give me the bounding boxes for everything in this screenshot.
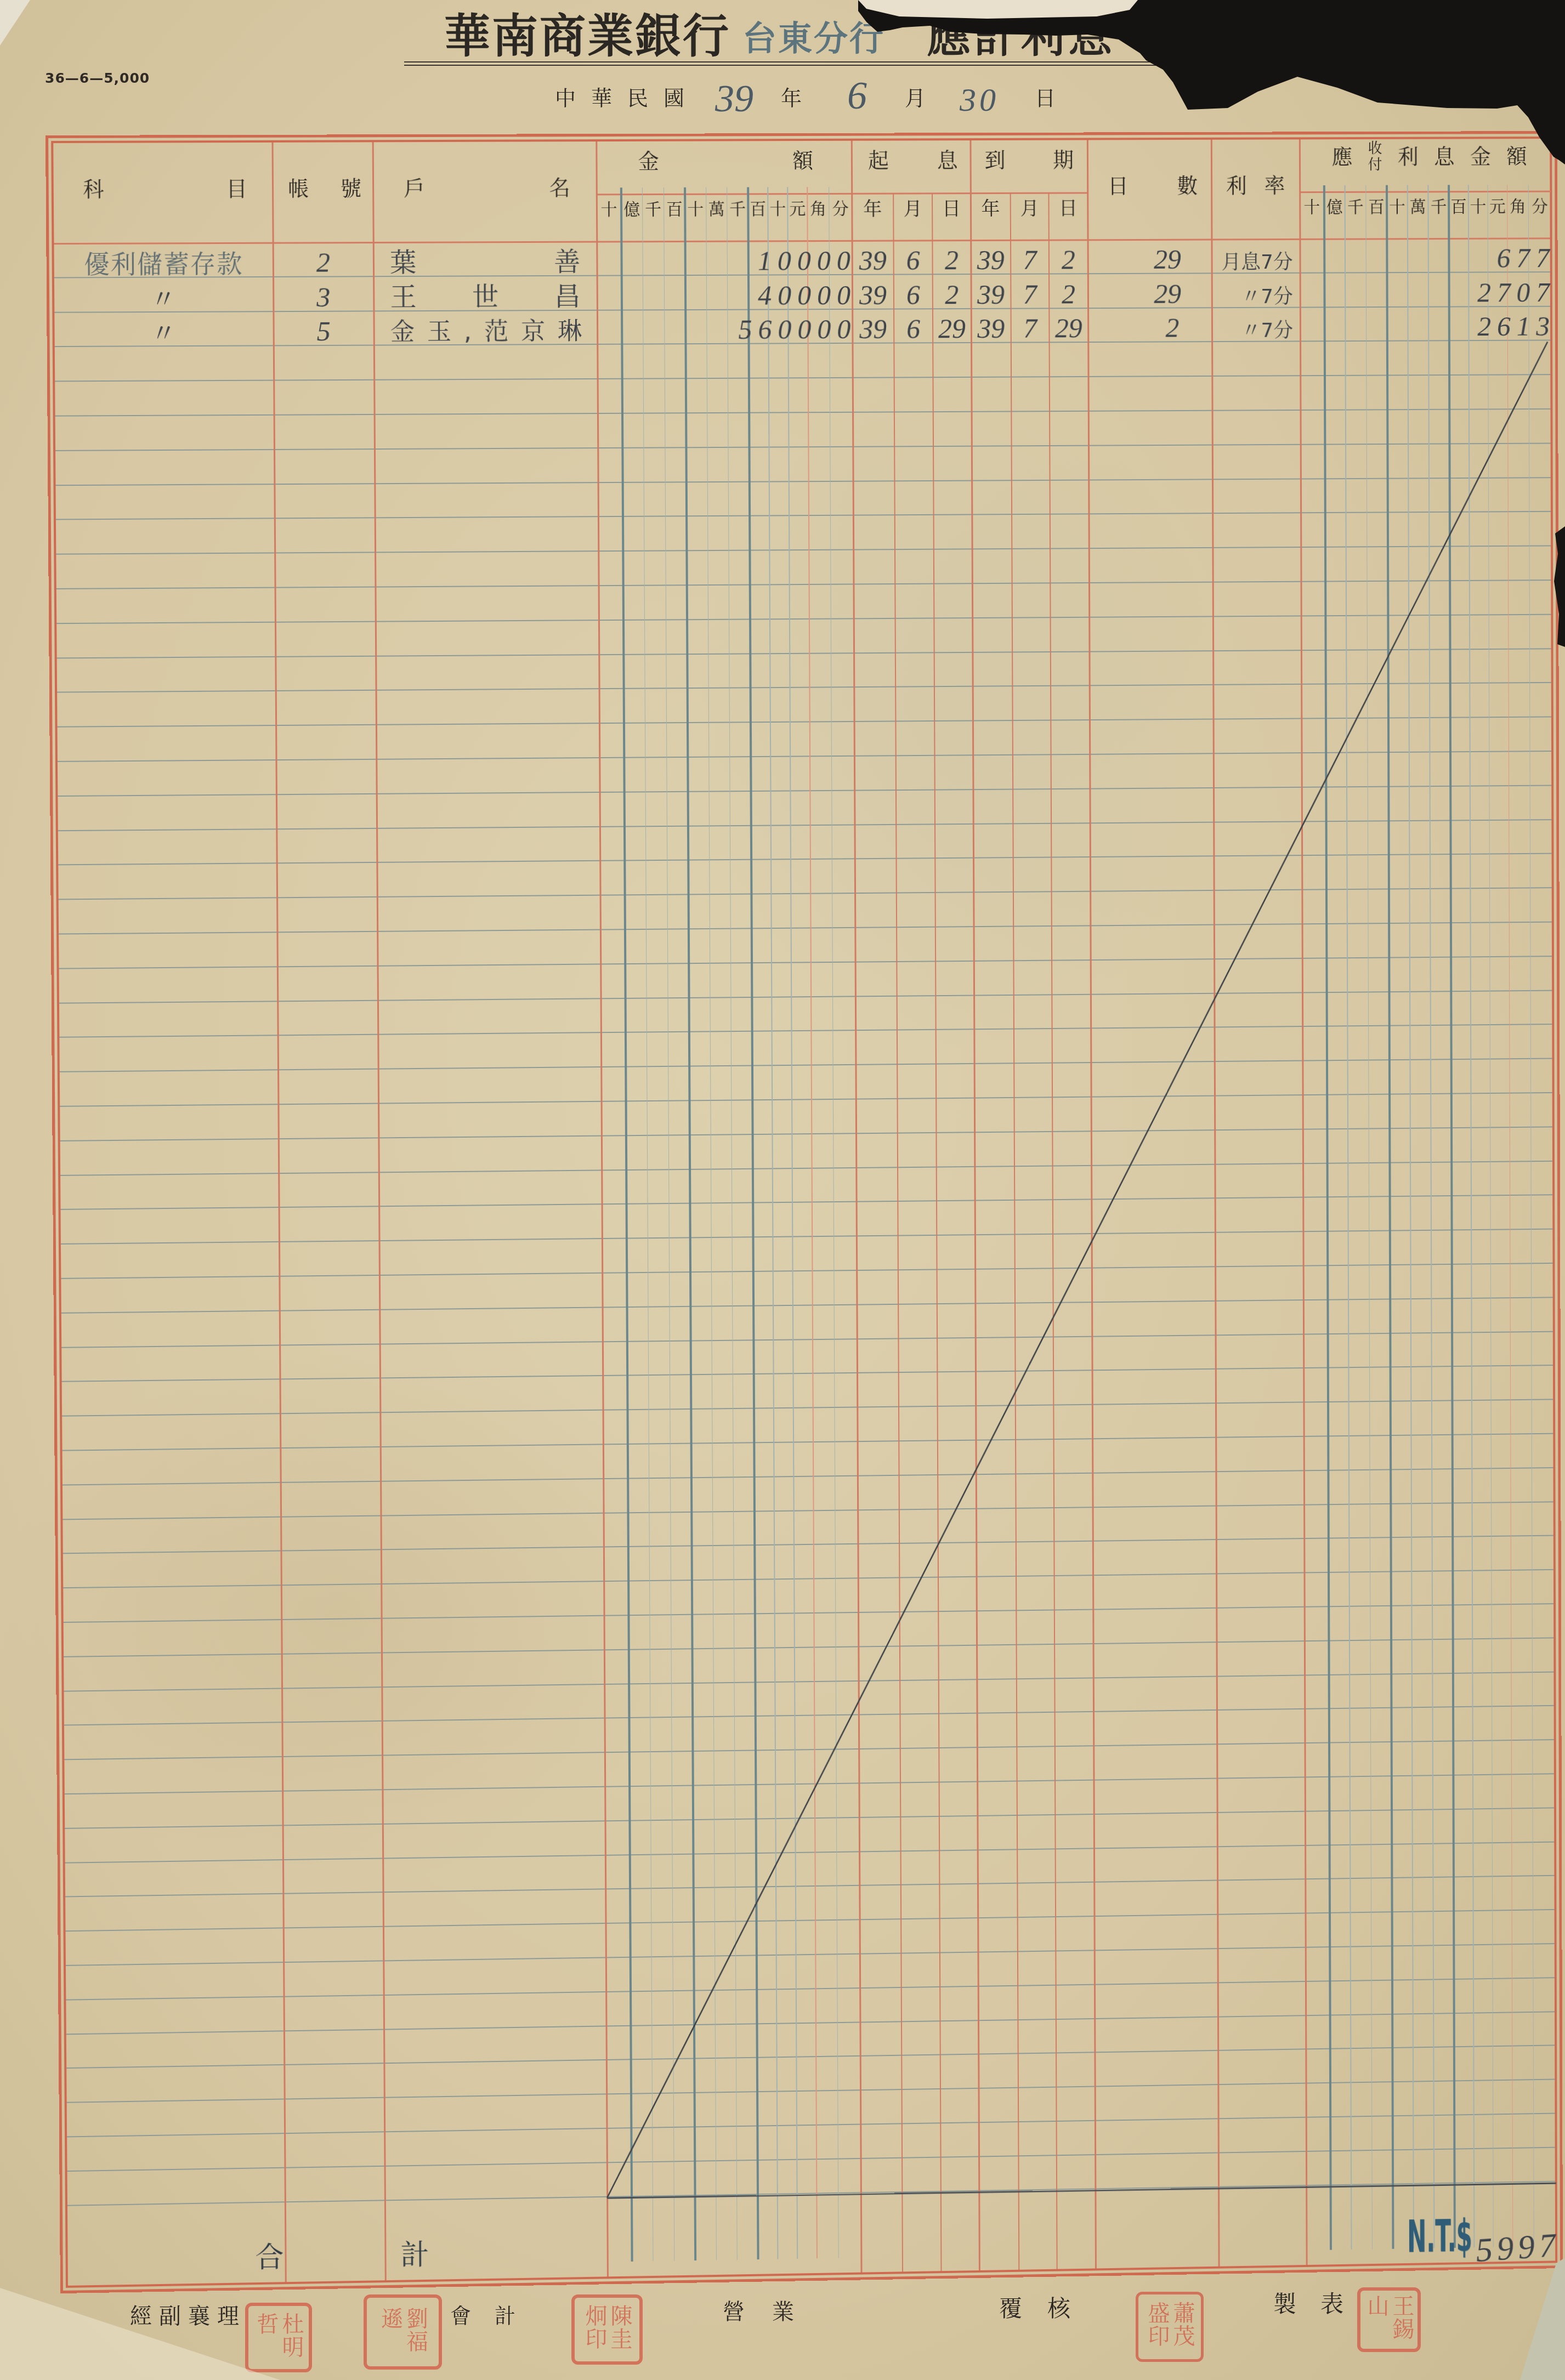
amount-cell: 560000	[597, 309, 853, 345]
end-year-cell: 39	[971, 275, 1011, 309]
account-no-text: 5	[316, 317, 330, 345]
start-day-cell: 2	[932, 240, 971, 275]
interest-text: 2707	[1477, 279, 1556, 306]
digit-unit: 千	[727, 199, 749, 220]
interest-cell: 2613	[1300, 306, 1551, 342]
account-no-cell: 2	[273, 242, 373, 277]
header-char: 額	[1506, 145, 1527, 167]
subject-cell: 〃	[54, 312, 273, 348]
date-unit: 月	[893, 198, 932, 219]
end-month: 7	[1023, 246, 1037, 273]
date-year-unit: 年	[781, 88, 802, 109]
digit-unit: 分	[1528, 197, 1551, 218]
total-interest: 5997	[1475, 2228, 1561, 2268]
title-underline	[404, 61, 1173, 63]
end-month-cell: 7	[1011, 274, 1049, 309]
start-month-cell: 6	[894, 275, 933, 309]
currency-stamp: N.T.$	[1407, 2214, 1472, 2259]
digit-unit: 元	[787, 199, 807, 220]
total-label-left: 合	[255, 2243, 283, 2272]
amount-text: 40000	[758, 281, 857, 309]
seal-text: 王錫山	[1364, 2294, 1414, 2345]
digit-unit: 元	[1488, 197, 1507, 218]
interest-table: 科 目 帳 號 戶 名 金 額 起 息 到 期 日 數 利 率	[46, 131, 1563, 2293]
start-date-units: 年 月 日	[852, 198, 971, 220]
holder-name-text: 王世昌	[390, 283, 581, 310]
digit-unit: 千	[1345, 197, 1366, 218]
end-year: 39	[977, 315, 1005, 342]
header-char: 應	[1332, 146, 1353, 168]
seal-stamp: 王錫山	[1357, 2287, 1421, 2352]
start-month: 6	[906, 281, 920, 308]
seal-text: 杜明哲	[253, 2313, 304, 2363]
date-unit: 年	[971, 198, 1011, 219]
branch-stamp: 台東分行	[742, 22, 885, 56]
header-char: 名	[549, 177, 570, 198]
title-underline	[404, 65, 1173, 66]
rate-text: 〃7分	[1241, 287, 1293, 306]
seal-text: 陳圭炯印	[582, 2304, 632, 2355]
header-holder-name: 戶 名	[373, 177, 597, 199]
table-row: 優利儲蓄存款 2 葉善 10000 39 6 2 39 7 2 29 月息7分 …	[46, 238, 1557, 278]
rate-cell: 〃7分	[1212, 308, 1300, 342]
date-month-unit: 月	[905, 88, 926, 109]
date-year: 39	[715, 80, 753, 118]
header-subject: 科 目	[54, 178, 273, 201]
header-char: 帳	[288, 178, 309, 200]
digit-unit: 億	[1324, 197, 1345, 218]
digit-unit: 萬	[1408, 197, 1428, 218]
signature-label-operations: 營業	[723, 2301, 821, 2323]
rate-cell: 〃7分	[1212, 274, 1300, 308]
start-year: 39	[859, 315, 887, 343]
start-day: 2	[945, 281, 959, 308]
header-char: 額	[792, 150, 813, 172]
interest-digit-units: 十 億 千 百 十 萬 千 百 十 元 角 分	[1300, 197, 1551, 218]
end-day: 2	[1062, 280, 1075, 308]
account-no-text: 3	[316, 283, 330, 310]
rate-cell: 月息7分	[1211, 239, 1300, 274]
header-char: 戶	[404, 177, 424, 199]
end-month-cell: 7	[1011, 240, 1049, 275]
digit-unit: 百	[748, 199, 768, 220]
table-row: 〃 5 金玉,范京琳 560000 39 6 29 39 7 29 2 〃7分 …	[47, 306, 1558, 347]
interest-text: 677	[1497, 244, 1556, 271]
start-day: 29	[938, 315, 966, 342]
account-no-cell: 3	[273, 277, 373, 312]
end-day-cell: 2	[1049, 274, 1088, 309]
scanned-ledger-page: 36—6—5,000 華南商業銀行 台東分行 應計利息 中華民國 39 年 6 …	[0, 0, 1565, 2380]
days-text: 2	[1165, 314, 1179, 342]
end-day-cell: 29	[1049, 309, 1088, 343]
end-year-cell: 39	[971, 309, 1011, 343]
rate-text: 月息7分	[1222, 253, 1293, 272]
header-interest-start: 起 息	[852, 149, 971, 172]
signature-label-accounting: 會計	[450, 2305, 539, 2326]
end-day: 29	[1055, 315, 1082, 342]
start-year-cell: 39	[852, 309, 894, 344]
amount-cell: 40000	[597, 275, 853, 311]
end-day: 2	[1062, 246, 1075, 273]
days-text: 29	[1154, 245, 1181, 272]
start-day-cell: 2	[933, 275, 971, 309]
total-label-right: 計	[400, 2241, 429, 2269]
holder-name-cell: 金玉,范京琳	[373, 310, 597, 346]
start-year-cell: 39	[852, 275, 894, 309]
table-row: 〃 3 王世昌 40000 39 6 2 39 7 2 29 〃7分 2707	[47, 272, 1558, 313]
amount-text: 560000	[738, 315, 857, 343]
signature-label-manager: 經副襄理	[130, 2305, 246, 2327]
maturity-date-units: 年 月 日	[971, 198, 1087, 219]
end-month: 7	[1023, 280, 1037, 308]
start-month: 6	[906, 246, 920, 274]
seal-stamp: 劉福遜	[364, 2294, 442, 2370]
start-month: 6	[906, 315, 920, 343]
digit-unit: 千	[643, 200, 664, 220]
holder-name-text: 葉善	[390, 248, 581, 275]
header-char: 息	[937, 149, 958, 171]
days-text: 29	[1154, 280, 1181, 307]
end-month-cell: 7	[1011, 309, 1050, 343]
header-char: 數	[1177, 175, 1198, 197]
account-no-text: 2	[316, 248, 330, 276]
digit-unit: 億	[621, 200, 643, 220]
subject-cell: 優利儲蓄存款	[54, 243, 273, 279]
paper-fold-bottom-left	[0, 2288, 280, 2380]
header-rate: 利 率	[1211, 174, 1300, 196]
digit-unit: 十	[597, 200, 621, 220]
date-unit: 日	[1049, 198, 1088, 219]
header-char: 科	[83, 178, 104, 200]
seal-text: 蕭茂盛印	[1144, 2302, 1195, 2352]
start-month-cell: 6	[894, 240, 933, 275]
interest-text: 2613	[1477, 313, 1556, 340]
seal-stamp: 陳圭炯印	[571, 2294, 643, 2365]
bank-name-title: 華南商業銀行	[444, 13, 730, 59]
start-year-cell: 39	[852, 241, 894, 275]
interest-cell: 2707	[1300, 272, 1551, 308]
date-unit: 日	[932, 198, 971, 219]
amount-cell: 10000	[597, 241, 852, 276]
header-interest-amount: 應 收 付 利 息 金 額	[1300, 140, 1551, 173]
start-year: 39	[859, 246, 887, 274]
interest-cell: 677	[1300, 238, 1551, 273]
header-char: 利	[1226, 175, 1247, 197]
date-day-unit: 日	[1035, 88, 1056, 109]
amount-digit-units: 十 億 千 百 十 萬 千 百 十 元 角 分	[597, 199, 852, 221]
holder-name-text: 金玉,范京琳	[390, 320, 582, 345]
digit-unit: 十	[1387, 197, 1408, 218]
days-cell: 2	[1088, 308, 1212, 343]
end-year: 39	[977, 246, 1005, 274]
form-code: 36—6—5,000	[45, 70, 150, 86]
header-char: 率	[1264, 174, 1285, 196]
header-char: 利	[1398, 146, 1419, 168]
header-char: 金	[638, 150, 659, 172]
digit-unit: 角	[807, 199, 829, 220]
days-cell: 29	[1088, 274, 1212, 309]
digit-unit: 百	[664, 200, 685, 220]
signature-label-review: 覆核	[999, 2297, 1096, 2320]
end-day-cell: 2	[1049, 240, 1088, 274]
date-era: 中華民國	[555, 88, 700, 109]
start-day: 2	[945, 246, 959, 274]
header-char: 息	[1434, 145, 1455, 167]
header-amount: 金 額	[596, 150, 852, 172]
seal-text: 劉福遜	[378, 2307, 428, 2358]
digit-unit: 分	[829, 199, 852, 220]
end-month: 7	[1023, 315, 1037, 342]
header-char: 到	[984, 149, 1005, 171]
header-char: 日	[1108, 175, 1129, 197]
digit-unit: 百	[1449, 197, 1468, 218]
header-char: 目	[226, 178, 247, 200]
header-receivable: 收	[1368, 140, 1382, 157]
header-char: 期	[1053, 149, 1074, 171]
rate-text: 〃7分	[1241, 321, 1293, 341]
seal-stamp: 杜明哲	[245, 2303, 312, 2372]
digit-unit: 千	[1428, 197, 1449, 218]
account-no-cell: 5	[273, 311, 373, 347]
header-days: 日 數	[1087, 175, 1211, 197]
date-month: 6	[847, 76, 867, 115]
digit-unit: 百	[1366, 197, 1387, 218]
end-year: 39	[977, 280, 1005, 308]
subject-text: 優利儲蓄存款	[84, 251, 243, 277]
date-unit: 月	[1011, 198, 1049, 219]
holder-name-cell: 葉善	[373, 242, 597, 277]
signature-label-preparer: 製表	[1273, 2293, 1368, 2316]
form-name-title: 應計利息	[927, 14, 1115, 58]
digit-unit: 角	[1507, 197, 1529, 218]
start-year: 39	[859, 281, 887, 308]
digit-unit: 十	[1468, 197, 1488, 218]
date-unit: 年	[852, 199, 893, 220]
subject-ditto: 〃	[151, 286, 178, 311]
header-payable: 付	[1368, 157, 1382, 173]
header-char: 金	[1470, 145, 1491, 167]
seal-stamp: 蕭茂盛印	[1136, 2292, 1204, 2362]
amount-text: 10000	[758, 247, 857, 275]
holder-name-cell: 王世昌	[373, 276, 597, 311]
header-char: 號	[341, 178, 361, 200]
header-char: 起	[868, 150, 889, 172]
digit-unit: 萬	[706, 200, 727, 220]
date-day: 30	[960, 83, 999, 116]
days-cell: 29	[1088, 240, 1212, 275]
paper-curl-bottom-right	[1520, 2258, 1565, 2380]
subject-ditto: 〃	[151, 320, 178, 345]
subject-cell: 〃	[54, 277, 274, 313]
start-month-cell: 6	[894, 309, 933, 344]
digit-unit: 十	[768, 199, 787, 220]
digit-unit: 十	[1300, 197, 1324, 218]
start-day-cell: 29	[933, 309, 971, 344]
digit-unit: 十	[685, 200, 706, 220]
header-maturity: 到 期	[971, 149, 1088, 171]
header-account-no: 帳 號	[273, 178, 373, 200]
receivable-payable-stack: 收 付	[1368, 140, 1382, 173]
end-year-cell: 39	[971, 240, 1011, 275]
paper-fold-top-left	[0, 0, 30, 46]
